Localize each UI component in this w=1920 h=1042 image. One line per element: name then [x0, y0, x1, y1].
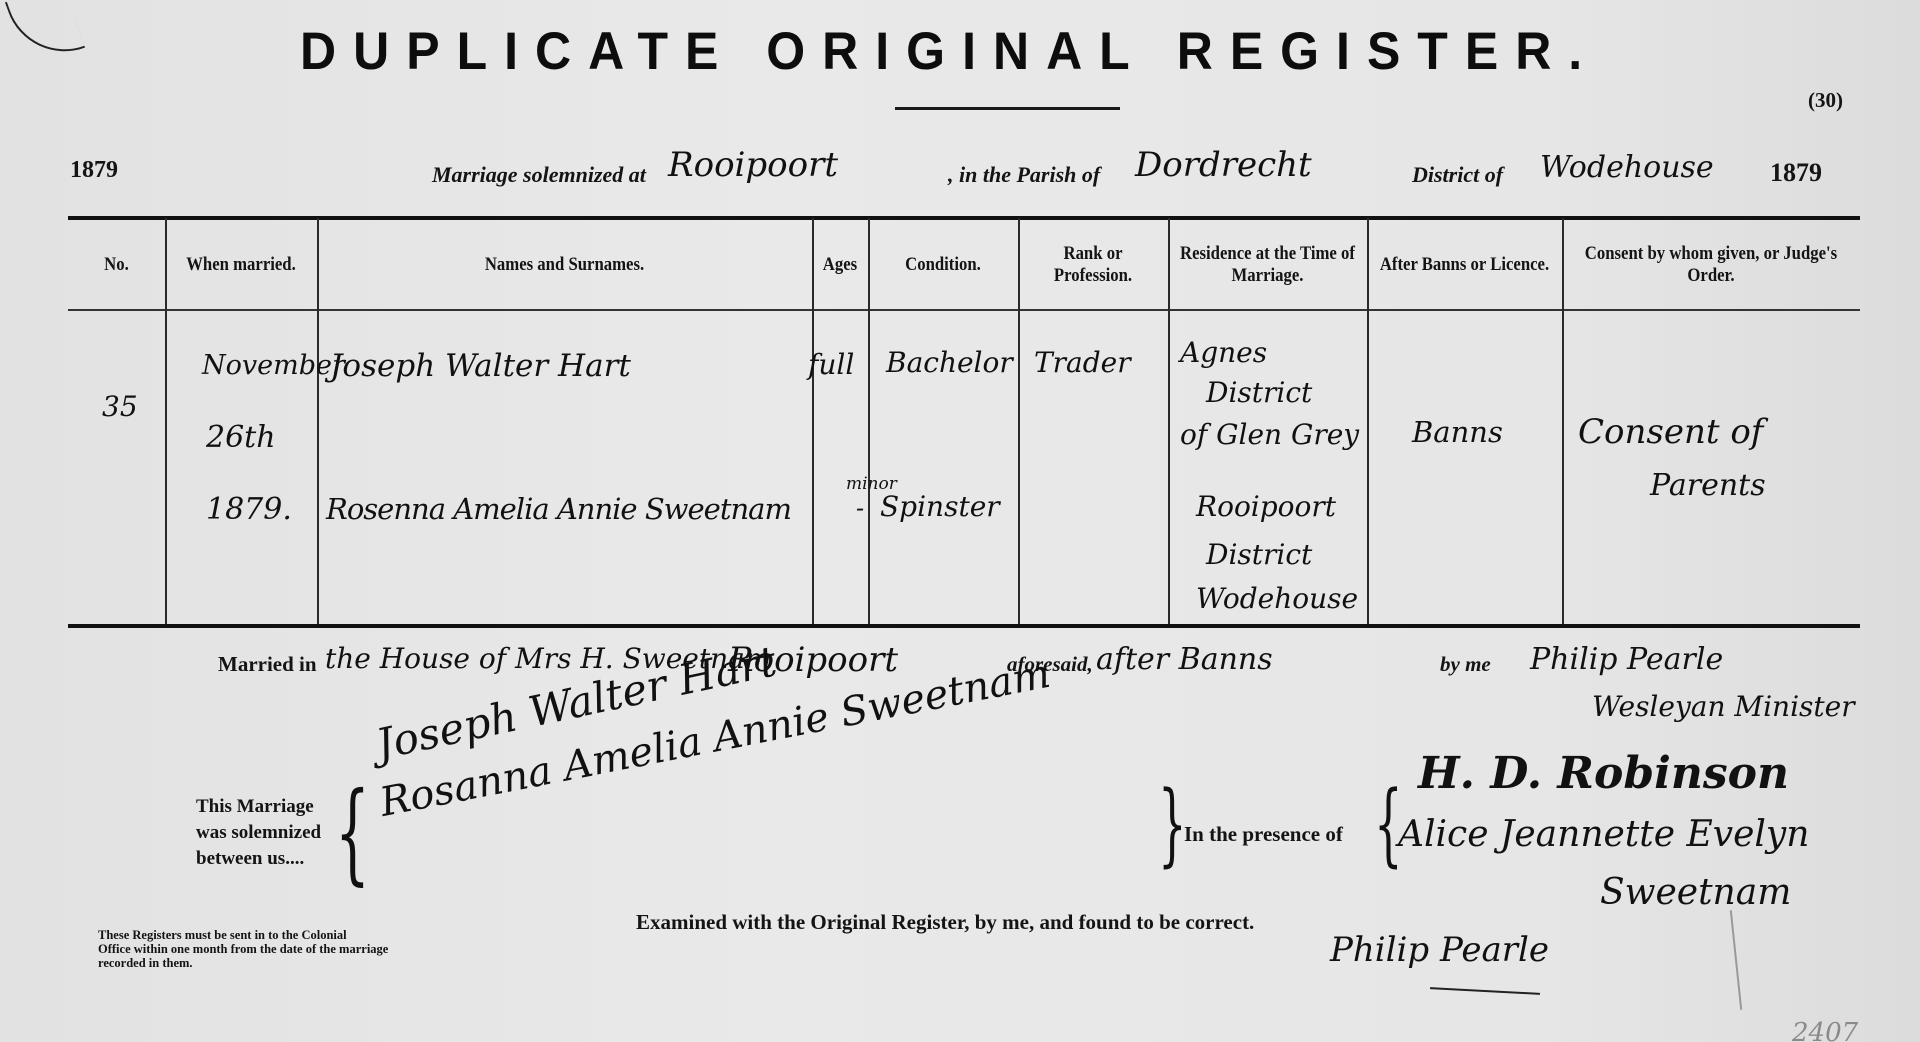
pencil-mark	[1730, 910, 1742, 1010]
groom-rank: Trader	[1034, 346, 1131, 379]
year-right: 1879	[1770, 158, 1822, 188]
column-header-residence: Residence at the Time of Marriage.	[1173, 230, 1362, 300]
solemnized-label: Marriage solemnized at	[432, 162, 646, 188]
solemnized-place: Rooipoort	[668, 145, 838, 185]
pencil-number: 2407	[1792, 1018, 1858, 1042]
signature-underline	[1430, 987, 1540, 995]
column-header-banns: After Banns or Licence.	[1379, 230, 1551, 300]
bride-residence-line: Rooipoort	[1196, 490, 1336, 523]
examined-statement: Examined with the Original Register, by …	[636, 910, 1254, 935]
column-divider	[317, 218, 319, 624]
column-divider	[1168, 218, 1170, 624]
document-title: DUPLICATE ORIGINAL REGISTER.	[300, 21, 1620, 82]
date-month: November	[202, 350, 345, 381]
date-year: 1879.	[206, 492, 292, 527]
minister-signature: Philip Pearle	[1530, 642, 1723, 677]
column-header-consent: Consent by whom given, or Judge's Order.	[1580, 230, 1842, 300]
table-top-rule	[68, 216, 1860, 220]
bride-residence-line: Wodehouse	[1196, 582, 1358, 615]
groom-condition: Bachelor	[886, 346, 1013, 379]
by-me-label: by me	[1440, 652, 1491, 677]
bride-condition: Spinster	[880, 490, 1000, 523]
district-value: Wodehouse	[1540, 150, 1714, 185]
witness-signature: H. D. Robinson	[1418, 748, 1789, 799]
solemnized-between-label: This Marriage was solemnized between us.…	[196, 794, 321, 872]
banns-or-licence: Banns	[1412, 415, 1503, 449]
register-page: DUPLICATE ORIGINAL REGISTER. (30) 1879 M…	[0, 0, 1920, 1042]
groom-residence-line: District	[1206, 376, 1312, 409]
column-divider	[1018, 218, 1020, 624]
column-divider	[1367, 218, 1369, 624]
pen-tick-mark	[5, 0, 85, 68]
minister-title: Wesleyan Minister	[1592, 690, 1855, 723]
column-header-condition: Condition.	[877, 230, 1009, 300]
title-underline	[895, 107, 1120, 110]
consent-line: Parents	[1650, 468, 1766, 503]
column-divider	[1562, 218, 1564, 624]
witness-signature: Sweetnam	[1600, 872, 1791, 913]
year-left: 1879	[70, 157, 118, 184]
groom-residence-line: of Glen Grey	[1180, 418, 1359, 451]
entry-number: 35	[102, 390, 138, 423]
groom-residence-line: Agnes	[1180, 336, 1267, 369]
district-label: District of	[1412, 162, 1503, 188]
column-divider	[812, 218, 814, 624]
bride-age-mark: -	[856, 494, 864, 522]
bride-residence-line: District	[1206, 538, 1312, 571]
after-banns: after Banns	[1096, 642, 1273, 677]
table-bottom-rule	[68, 624, 1860, 628]
column-header-no: No.	[74, 230, 159, 300]
submission-note: These Registers must be sent in to the C…	[98, 928, 388, 970]
table-header-rule	[68, 309, 1860, 311]
brace-left: {	[335, 768, 370, 896]
presence-label: In the presence of	[1184, 822, 1343, 847]
column-header-ages: Ages	[815, 230, 864, 300]
column-divider	[868, 218, 870, 624]
consent-line: Consent of	[1578, 412, 1763, 452]
page-number: (30)	[1808, 88, 1843, 113]
column-header-names: Names and Surnames.	[347, 230, 783, 300]
examiner-signature: Philip Pearle	[1330, 930, 1549, 970]
date-day: 26th	[206, 420, 276, 455]
brace-presence-left: }	[1158, 772, 1187, 877]
column-divider	[165, 218, 167, 624]
parish-label: , in the Parish of	[948, 162, 1100, 188]
married-in-label: Married in	[218, 652, 317, 677]
bride-name: Rosenna Amelia Annie Sweetnam	[326, 492, 791, 526]
column-header-when-married: When married.	[174, 230, 308, 300]
groom-age: full	[808, 348, 854, 381]
parish-value: Dordrecht	[1135, 145, 1312, 185]
witness-signature: Alice Jeannette Evelyn	[1398, 814, 1809, 855]
column-header-rank: Rank or Profession.	[1027, 230, 1159, 300]
groom-name: Joseph Walter Hart	[330, 348, 631, 384]
